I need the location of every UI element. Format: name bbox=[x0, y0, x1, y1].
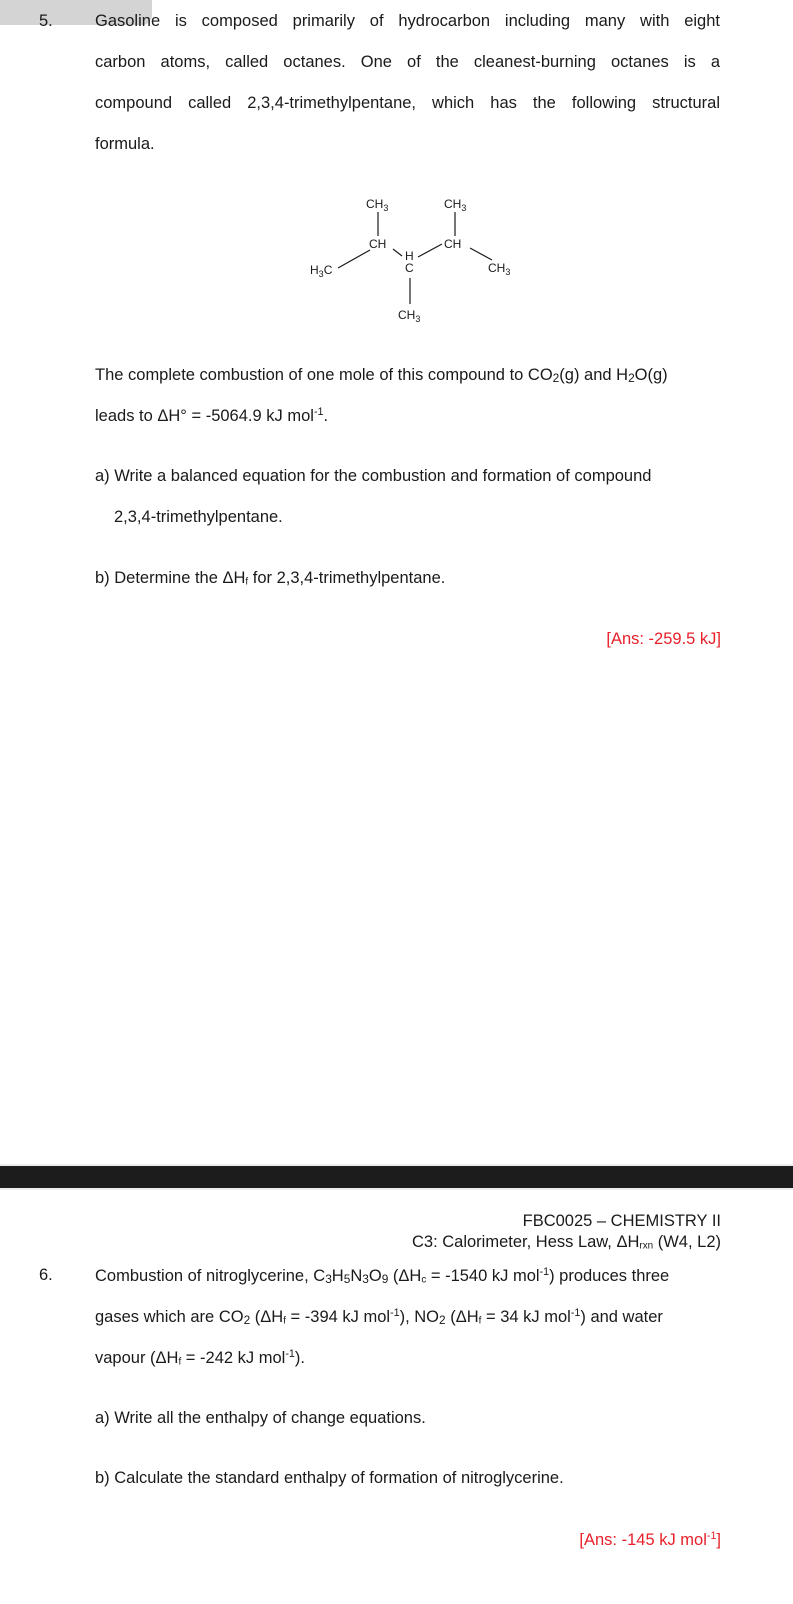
q6-part-b: b) Calculate the standard enthalpy of fo… bbox=[95, 1469, 564, 1488]
q6-line-1: Combustion of nitroglycerine, C3H5N3O9 (… bbox=[95, 1266, 669, 1286]
svg-text:CH: CH bbox=[369, 237, 386, 251]
q5-answer: [Ans: -259.5 kJ] bbox=[606, 630, 721, 649]
svg-text:CH3: CH3 bbox=[488, 261, 510, 277]
svg-text:H3C: H3C bbox=[310, 263, 333, 279]
q6-part-a: a) Write all the enthalpy of change equa… bbox=[95, 1409, 426, 1428]
q5-intro-line-3: compound called 2,3,4-trimethylpentane, … bbox=[95, 94, 720, 113]
q5-combustion-line-1: The complete combustion of one mole of t… bbox=[95, 366, 668, 385]
q5-part-a-line-2: 2,3,4-trimethylpentane. bbox=[114, 508, 283, 527]
q6-answer: [Ans: -145 kJ mol-1] bbox=[579, 1530, 721, 1550]
page-divider bbox=[0, 1164, 793, 1190]
q5-intro-line-4: formula. bbox=[95, 135, 155, 154]
svg-text:C: C bbox=[405, 261, 414, 275]
structural-formula: CH3 CH3 CH CH H C H3C CH3 CH3 bbox=[290, 192, 530, 332]
q6-line-3: vapour (ΔHf = -242 kJ mol-1). bbox=[95, 1348, 305, 1368]
q5-intro-line-2: carbon atoms, called octanes. One of the… bbox=[95, 53, 720, 72]
q5-combustion-line-2: leads to ΔH° = -5064.9 kJ mol-1. bbox=[95, 406, 328, 426]
q6-line-2: gases which are CO2 (ΔHf = -394 kJ mol-1… bbox=[95, 1307, 663, 1327]
label-ch3-top-left: CH bbox=[366, 197, 383, 211]
course-header: FBC0025 – CHEMISTRY II bbox=[523, 1212, 721, 1231]
question-number-5: 5. bbox=[39, 12, 53, 31]
svg-text:CH: CH bbox=[444, 237, 461, 251]
q5-part-b: b) Determine the ΔHf for 2,3,4-trimethyl… bbox=[95, 569, 445, 588]
svg-text:CH3: CH3 bbox=[366, 197, 388, 213]
question-number-6: 6. bbox=[39, 1266, 53, 1285]
q5-intro-line-1: Gasoline is composed primarily of hydroc… bbox=[95, 12, 720, 31]
topic-header: C3: Calorimeter, Hess Law, ΔHrxn (W4, L2… bbox=[412, 1233, 721, 1252]
svg-text:CH3: CH3 bbox=[398, 308, 420, 324]
q5-part-a-line-1: a) Write a balanced equation for the com… bbox=[95, 467, 651, 486]
svg-text:CH3: CH3 bbox=[444, 197, 466, 213]
